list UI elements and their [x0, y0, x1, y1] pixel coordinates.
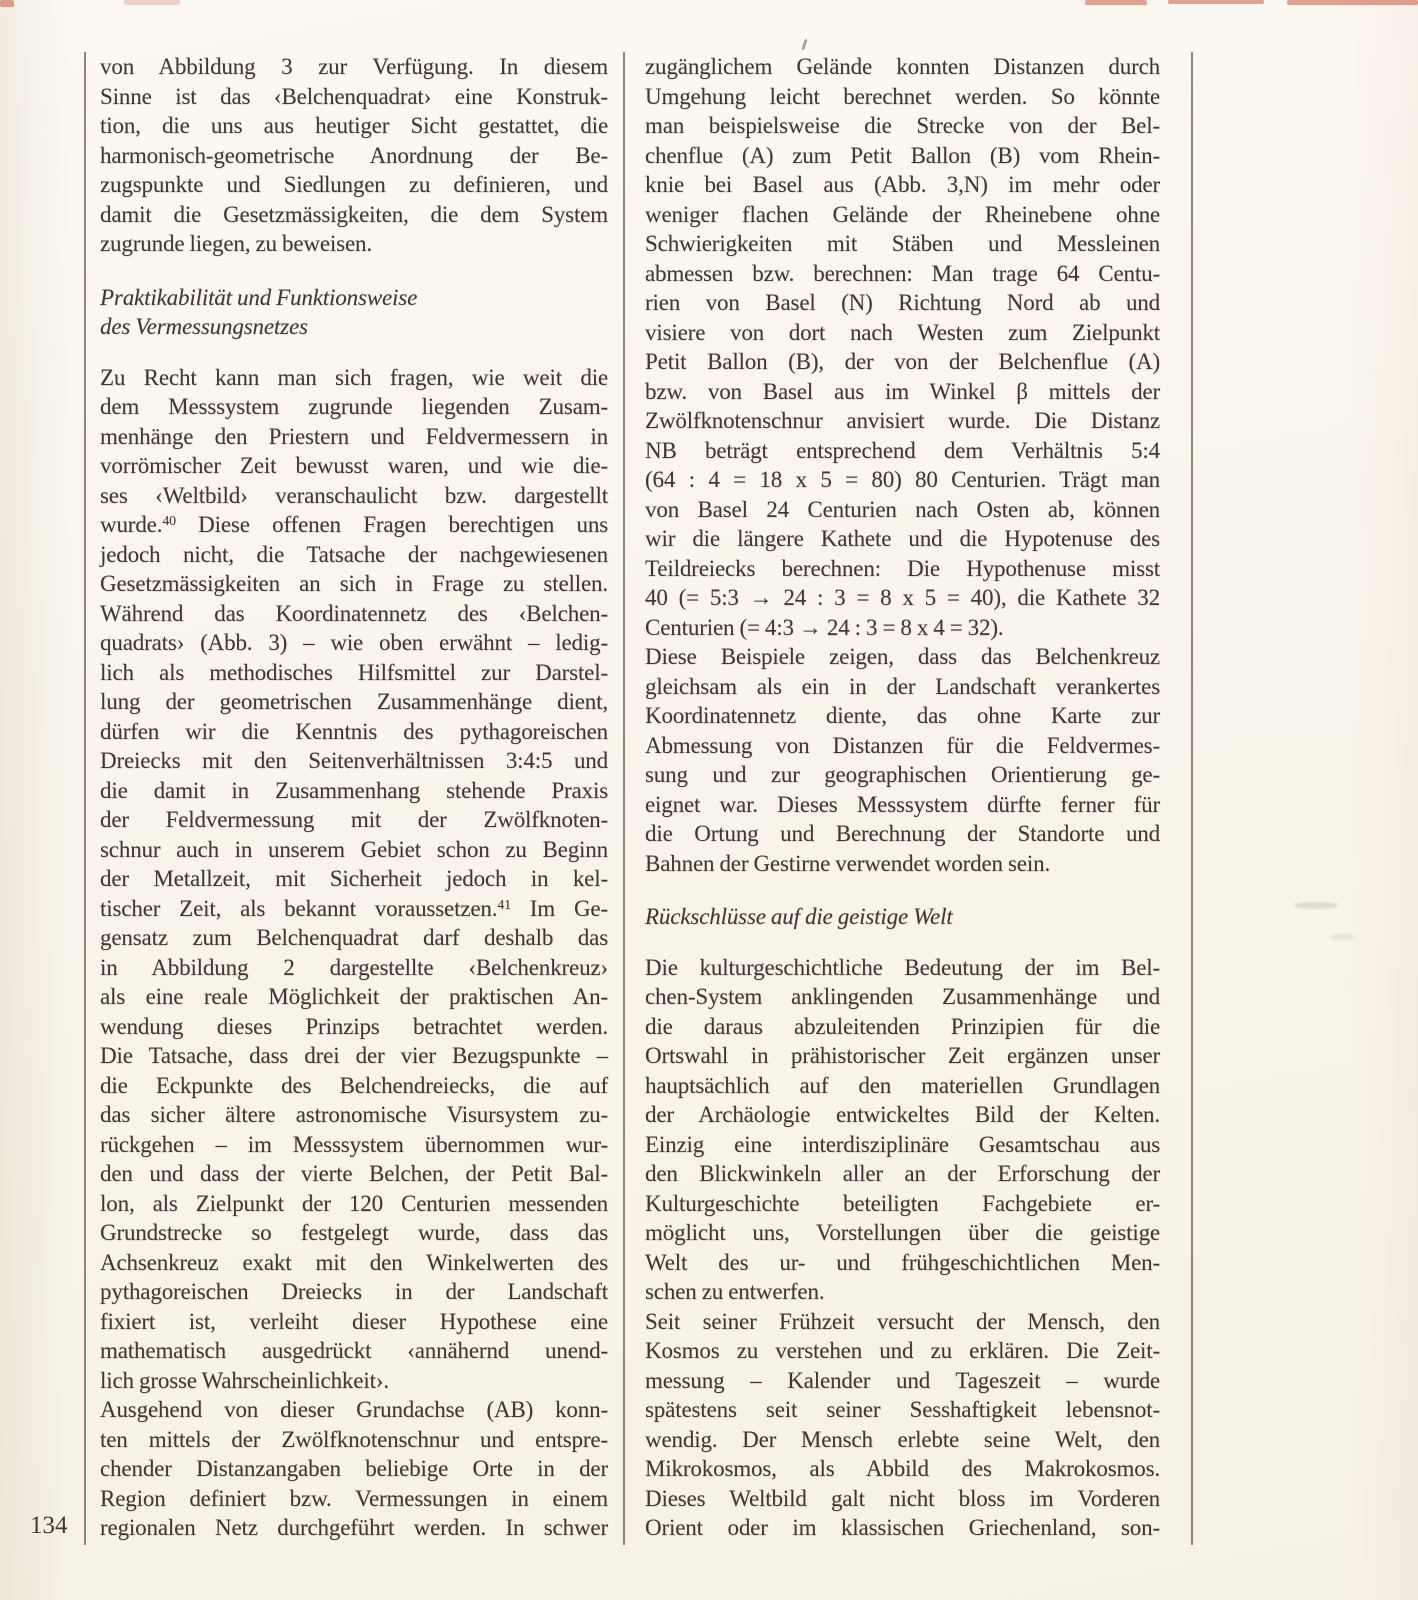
paragraph: Seit seiner Frühzeit versucht der Mensch… [645, 1307, 1160, 1543]
scan-artifact-red-mark [1085, 0, 1147, 5]
text-line: den Blickwinkeln aller an der Erforschun… [645, 1159, 1160, 1189]
text-line: schnur auch in unserem Gebiet schon zu B… [100, 835, 608, 865]
text-line: die Eckpunkte des Belchendreiecks, die a… [100, 1071, 608, 1101]
text-line: gleichsam als ein in der Landschaft vera… [645, 672, 1160, 702]
text-line: zugspunkte und Siedlungen zu definieren,… [100, 170, 608, 200]
paragraph: Ausgehend von dieser Grundachse (AB) kon… [100, 1395, 608, 1543]
text-line: Region definiert bzw. Vermessungen in ei… [100, 1484, 608, 1514]
text-line: messung – Kalender und Tageszeit – wurde [645, 1366, 1160, 1396]
text-line: dem Messsystem zugrunde liegenden Zusam- [100, 392, 608, 422]
paragraph: Diese Beispiele zeigen, dass das Belchen… [645, 642, 1160, 878]
text-line: Umgehung leicht berechnet werden. So kön… [645, 82, 1160, 112]
text-line: Centurien (= 4:3 → 24 : 3 = 8 x 4 = 32). [645, 613, 1160, 643]
scanned-book-page: von Abbildung 3 zur Verfügung. In diesem… [0, 0, 1418, 1600]
text-line: Sinne ist das ‹Belchenquadrat› eine Kons… [100, 82, 608, 112]
text-line: der Feldvermessung mit der Zwölfknoten- [100, 805, 608, 835]
text-line: wendung dieses Prinzips betrachtet werde… [100, 1012, 608, 1042]
text-line: jedoch nicht, die Tatsache der nachgewie… [100, 540, 608, 570]
text-line: die damit in Zusammenhang stehende Praxi… [100, 776, 608, 806]
paragraph: Zu Recht kann man sich fragen, wie weit … [100, 363, 608, 1396]
text-line: zugrunde liegen, zu beweisen. [100, 229, 608, 259]
text-line: lung der geometrischen Zusammenhänge die… [100, 687, 608, 717]
text-line: schen zu entwerfen. [645, 1277, 1160, 1307]
text-line: rien von Basel (N) Richtung Nord ab und [645, 288, 1160, 318]
text-line: Während das Koordinatennetz des ‹Belchen… [100, 599, 608, 629]
text-line: tischer Zeit, als bekannt voraussetzen.4… [100, 894, 608, 924]
text-line: menhänge den Priestern und Feldvermesser… [100, 422, 608, 452]
page-number: 134 [30, 1512, 68, 1540]
text-line: Welt des ur- und frühgeschichtlichen Men… [645, 1248, 1160, 1278]
text-line: Zwölfknotenschnur anvisiert wurde. Die D… [645, 406, 1160, 436]
right-margin-rule [1191, 52, 1193, 1545]
text-line: Abmessung von Distanzen für die Feldverm… [645, 731, 1160, 761]
column-divider-rule [623, 52, 625, 1545]
scan-artifact-red-mark [1287, 0, 1418, 5]
text-line: Dreiecks mit den Seitenverhältnissen 3:4… [100, 746, 608, 776]
text-line: 40 (= 5:3 → 24 : 3 = 8 x 5 = 40), die Ka… [645, 583, 1160, 613]
text-line: Gesetzmässigkeiten an sich in Frage zu s… [100, 569, 608, 599]
scan-artifact-stray-mark [801, 39, 807, 50]
text-line: Bahnen der Gestirne verwendet worden sei… [645, 849, 1160, 879]
text-line: Einzig eine interdisziplinäre Gesamtscha… [645, 1130, 1160, 1160]
text-line: visiere von dort nach Westen zum Zielpun… [645, 318, 1160, 348]
text-line: lon, als Zielpunkt der 120 Centurien mes… [100, 1189, 608, 1219]
section-heading: Praktikabilität und Funktionsweisedes Ve… [100, 283, 608, 342]
text-line: Koordinatennetz diente, das ohne Karte z… [645, 701, 1160, 731]
scan-artifact-red-mark [1168, 0, 1264, 4]
scan-artifact-red-mark [0, 0, 14, 7]
text-line: spätestens seit seiner Sesshaftigkeit le… [645, 1395, 1160, 1425]
text-line: den und dass der vierte Belchen, der Pet… [100, 1159, 608, 1189]
text-line: Orient oder im klassischen Griechenland,… [645, 1513, 1160, 1543]
text-line: damit die Gesetzmässigkeiten, die dem Sy… [100, 200, 608, 230]
text-line: fixiert ist, verleiht dieser Hypothese e… [100, 1307, 608, 1337]
text-line: möglicht uns, Vorstellungen über die gei… [645, 1218, 1160, 1248]
text-line: abmessen bzw. berechnen: Man trage 64 Ce… [645, 259, 1160, 289]
section-heading: Rückschlüsse auf die geistige Welt [645, 902, 1160, 932]
text-line: in Abbildung 2 dargestellte ‹Belchenkreu… [100, 953, 608, 983]
text-line: Zu Recht kann man sich fragen, wie weit … [100, 363, 608, 393]
text-line: bzw. von Basel aus im Winkel β mittels d… [645, 377, 1160, 407]
text-line: die Ortung und Berechnung der Standorte … [645, 819, 1160, 849]
text-line: ten mittels der Zwölfknotenschnur und en… [100, 1425, 608, 1455]
text-line: tion, die uns aus heutiger Sicht gestatt… [100, 111, 608, 141]
text-line: vorrömischer Zeit bewusst waren, und wie… [100, 451, 608, 481]
text-line: NB beträgt entsprechend dem Verhältnis 5… [645, 436, 1160, 466]
text-line: Dieses Weltbild galt nicht bloss im Vord… [645, 1484, 1160, 1514]
text-line: Kulturgeschichte beteiligten Fachgebiete… [645, 1189, 1160, 1219]
text-line: die daraus abzuleitenden Prinzipien für … [645, 1012, 1160, 1042]
text-line: des Vermessungsnetzes [100, 312, 608, 342]
text-line: von Abbildung 3 zur Verfügung. In diesem [100, 52, 608, 82]
text-line: chen-System anklingenden Zusammenhänge u… [645, 982, 1160, 1012]
text-line: ses ‹Weltbild› veranschaulicht bzw. darg… [100, 481, 608, 511]
text-line: als eine reale Möglichkeit der praktisch… [100, 982, 608, 1012]
footnote-reference: 41 [497, 897, 511, 912]
text-line: knie bei Basel aus (Abb. 3,N) im mehr od… [645, 170, 1160, 200]
text-line: von Basel 24 Centurien nach Osten ab, kö… [645, 495, 1160, 525]
text-line: Praktikabilität und Funktionsweise [100, 283, 608, 313]
left-text-column: von Abbildung 3 zur Verfügung. In diesem… [100, 52, 608, 1543]
footnote-reference: 40 [162, 513, 176, 528]
text-line: rückgehen – im Messsystem übernommen wur… [100, 1130, 608, 1160]
text-line: wurde.40 Diese offenen Fragen berechtige… [100, 510, 608, 540]
paragraph: zugänglichem Gelände konnten Distanzen d… [645, 52, 1160, 642]
text-line: Die Tatsache, dass drei der vier Bezugsp… [100, 1041, 608, 1071]
text-line: dürfen wir die Kenntnis des pythagoreisc… [100, 717, 608, 747]
paragraph: von Abbildung 3 zur Verfügung. In diesem… [100, 52, 608, 259]
text-line: Ortswahl in prähistorischer Zeit ergänze… [645, 1041, 1160, 1071]
text-line: lich grosse Wahrscheinlichkeit›. [100, 1366, 608, 1396]
scan-artifact-speck [1330, 934, 1356, 940]
text-line: Mikrokosmos, als Abbild des Makrokosmos. [645, 1454, 1160, 1484]
text-line: quadrats› (Abb. 3) – wie oben erwähnt – … [100, 628, 608, 658]
text-line: regionalen Netz durchgeführt werden. In … [100, 1513, 608, 1543]
text-line: pythagoreischen Dreiecks in der Landscha… [100, 1277, 608, 1307]
text-line: Die kulturgeschichtliche Bedeutung der i… [645, 953, 1160, 983]
text-line: mathematisch ausgedrückt ‹annähernd unen… [100, 1336, 608, 1366]
scan-artifact-red-mark [124, 0, 180, 5]
text-line: Rückschlüsse auf die geistige Welt [645, 902, 1160, 932]
text-line: Kosmos zu verstehen und zu erklären. Die… [645, 1336, 1160, 1366]
text-line: gensatz zum Belchenquadrat darf deshalb … [100, 923, 608, 953]
text-line: chender Distanzangaben beliebige Orte in… [100, 1454, 608, 1484]
text-line: Petit Ballon (B), der von der Belchenflu… [645, 347, 1160, 377]
text-line: lich als methodisches Hilfsmittel zur Da… [100, 658, 608, 688]
text-line: hauptsächlich auf den materiellen Grundl… [645, 1071, 1160, 1101]
text-line: Seit seiner Frühzeit versucht der Mensch… [645, 1307, 1160, 1337]
text-line: (64 : 4 = 18 x 5 = 80) 80 Centurien. Trä… [645, 465, 1160, 495]
text-line: eignet war. Dieses Messsystem dürfte fer… [645, 790, 1160, 820]
scan-artifact-speck [1294, 902, 1338, 909]
right-text-column: zugänglichem Gelände konnten Distanzen d… [645, 52, 1160, 1543]
text-line: Teildreiecks berechnen: Die Hypothenuse … [645, 554, 1160, 584]
text-line: man beispielsweise die Strecke von der B… [645, 111, 1160, 141]
text-line: chenflue (A) zum Petit Ballon (B) vom Rh… [645, 141, 1160, 171]
text-line: Grundstrecke so festgelegt wurde, dass d… [100, 1218, 608, 1248]
paragraph: Die kulturgeschichtliche Bedeutung der i… [645, 953, 1160, 1307]
text-line: der Metallzeit, mit Sicherheit jedoch in… [100, 864, 608, 894]
text-line: harmonisch-geometrische Anordnung der Be… [100, 141, 608, 171]
text-line: sung und zur geographischen Orientierung… [645, 760, 1160, 790]
text-line: wir die längere Kathete und die Hypotenu… [645, 524, 1160, 554]
text-line: Ausgehend von dieser Grundachse (AB) kon… [100, 1395, 608, 1425]
text-line: das sicher ältere astronomische Visursys… [100, 1100, 608, 1130]
text-line: zugänglichem Gelände konnten Distanzen d… [645, 52, 1160, 82]
text-line: weniger flachen Gelände der Rheinebene o… [645, 200, 1160, 230]
text-line: Achsenkreuz exakt mit den Winkelwerten d… [100, 1248, 608, 1278]
left-margin-rule [84, 52, 86, 1545]
text-line: wendig. Der Mensch erlebte seine Welt, d… [645, 1425, 1160, 1455]
text-line: der Archäologie entwickeltes Bild der Ke… [645, 1100, 1160, 1130]
text-line: Diese Beispiele zeigen, dass das Belchen… [645, 642, 1160, 672]
text-line: Schwierigkeiten mit Stäben und Messleine… [645, 229, 1160, 259]
